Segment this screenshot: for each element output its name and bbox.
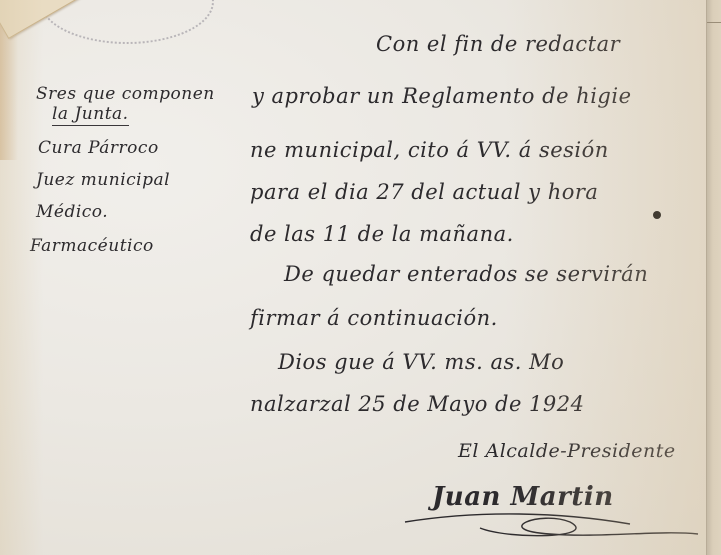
margin-heading-line2: la Junta. <box>52 104 129 124</box>
member-cura-parroco: Cura Párroco <box>38 138 159 158</box>
body-line-2: y aprobar un Reglamento de higie <box>252 84 632 108</box>
member-farmaceutico: Farmacéutico <box>30 236 154 256</box>
body-line-9-date: nalzarzal 25 de Mayo de 1924 <box>250 392 585 416</box>
ink-blot <box>653 211 661 219</box>
body-line-7: firmar á continuación. <box>250 306 498 330</box>
body-line-6: De quedar enterados se servirán <box>284 262 648 286</box>
margin-heading-line1: Sres que componen <box>36 84 215 104</box>
signature-flourish <box>400 500 700 540</box>
ink-stamp <box>40 0 214 44</box>
member-juez-municipal: Juez municipal <box>36 170 170 190</box>
member-medico: Médico. <box>36 202 108 222</box>
document-page: Sres que componen la Junta. Cura Párroco… <box>0 0 721 555</box>
body-line-5: de las 11 de la mañana. <box>250 222 514 246</box>
junta-label: la Junta. <box>52 104 129 126</box>
body-line-8: Dios gue á VV. ms. as. Mo <box>278 350 564 374</box>
signature-title: El Alcalde-Presidente <box>458 440 676 462</box>
body-line-4: para el dia 27 del actual y hora <box>250 180 598 204</box>
body-line-3: ne municipal, cito á VV. á sesión <box>250 138 609 162</box>
body-line-1: Con el fin de redactar <box>376 32 620 56</box>
adjacent-page-edge <box>706 0 721 555</box>
ruled-line <box>707 22 721 23</box>
